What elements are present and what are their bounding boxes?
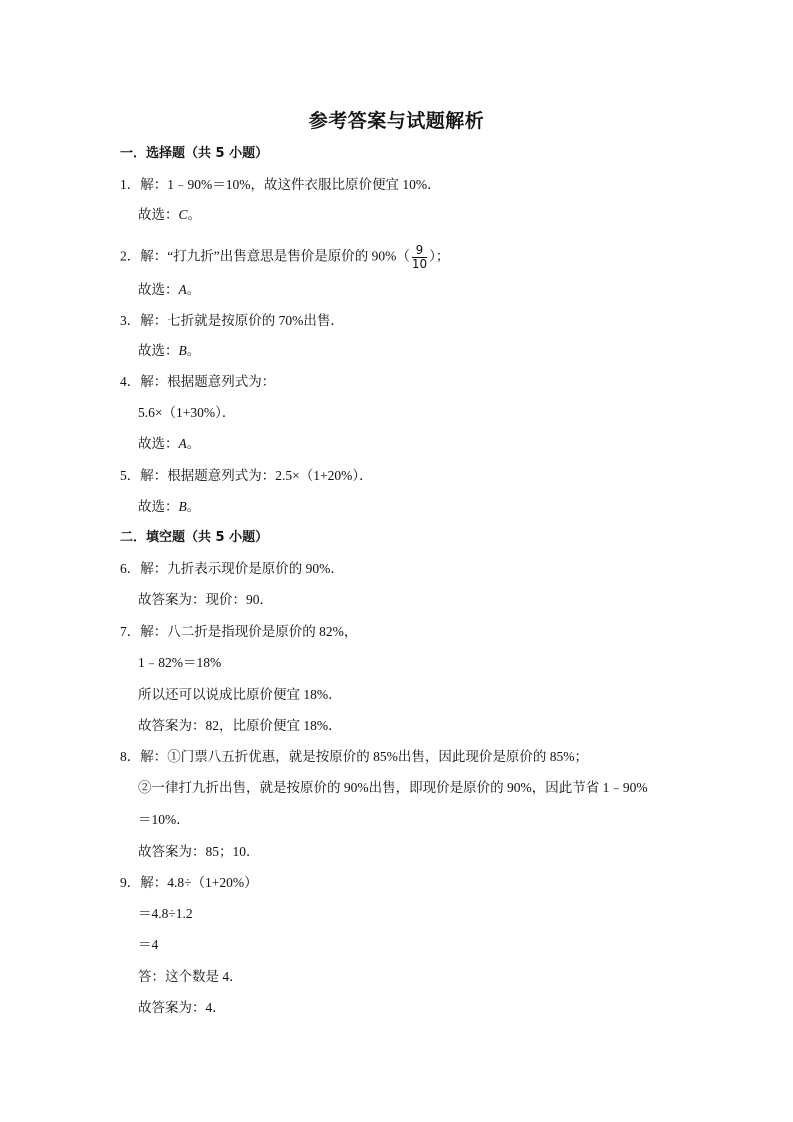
answer-2-solution: 2．解：“打九折”出售意思是售价是原价的 90%（910）； [120, 244, 449, 271]
fraction-denominator: 10 [412, 258, 427, 271]
choice-label: 故选： [138, 282, 179, 297]
answer-7-answer: 故答案为：82，比原价便宜 18%． [138, 717, 342, 735]
answer-6-answer: 故答案为：现价：90． [138, 591, 273, 609]
answer-9-step1: ＝4.8÷1.2 [138, 905, 193, 923]
choice-letter: A [179, 282, 187, 297]
answer-5-choice: 故选：B。 [138, 498, 200, 516]
answer-2-choice: 故选：A。 [138, 281, 200, 299]
section-heading-choice: 一．选择题（共 5 小题） [120, 145, 268, 163]
choice-letter: C [179, 207, 188, 222]
choice-suffix: 。 [187, 282, 201, 297]
answer-8-solution: 8．解：①门票八五折优惠，就是按原价的 85%出售，因此现价是原价的 85%； [120, 748, 588, 766]
answer-8-solution-part2: ②一律打九折出售，就是按原价的 90%出售，即现价是原价的 90%，因此节省 1… [138, 779, 648, 797]
choice-suffix: 。 [187, 499, 201, 514]
answer-8-answer: 故答案为：85；10． [138, 843, 260, 861]
answer-3-solution: 3．解：七折就是按原价的 70%出售． [120, 312, 344, 330]
choice-letter: B [179, 499, 187, 514]
answer-7-solution: 7．解：八二折是指现价是原价的 82%， [120, 623, 357, 641]
page-title: 参考答案与试题解析 [0, 106, 793, 133]
choice-label: 故选： [138, 343, 179, 358]
choice-suffix: 。 [187, 343, 201, 358]
choice-letter: A [179, 436, 187, 451]
answer-4-formula: 5.6×（1+30%）． [138, 404, 235, 422]
answer-7-explanation: 所以还可以说成比原价便宜 18%． [138, 686, 342, 704]
answer-9-solution: 9．解：4.8÷（1+20%） [120, 874, 258, 892]
answer-4-choice: 故选：A。 [138, 435, 200, 453]
answer-9-statement: 答：这个数是 4． [138, 968, 243, 986]
solution-text-end: ）； [429, 249, 449, 264]
answer-1-choice: 故选：C。 [138, 206, 201, 224]
answer-4-solution: 4．解：根据题意列式为： [120, 373, 275, 391]
choice-suffix: 。 [188, 207, 202, 222]
answer-5-solution: 5．解：根据题意列式为：2.5×（1+20%）． [120, 467, 373, 485]
section-heading-fill: 二．填空题（共 5 小题） [120, 529, 268, 547]
answer-1-solution: 1．解：1﹣90%＝10%，故这件衣服比原价便宜 10%． [120, 176, 441, 194]
answer-3-choice: 故选：B。 [138, 342, 200, 360]
choice-label: 故选： [138, 207, 179, 222]
answer-8-result: ＝10%． [138, 811, 190, 829]
fraction-numerator: 9 [412, 244, 427, 258]
answer-6-solution: 6．解：九折表示现价是原价的 90%． [120, 560, 344, 578]
answer-9-answer: 故答案为：4． [138, 999, 226, 1017]
solution-text: 2．解：“打九折”出售意思是售价是原价的 90%（ [120, 249, 410, 264]
answer-7-step: 1﹣82%＝18% [138, 654, 221, 672]
choice-label: 故选： [138, 436, 179, 451]
answer-9-step2: ＝4 [138, 936, 158, 954]
fraction: 910 [412, 244, 427, 271]
choice-label: 故选： [138, 499, 179, 514]
choice-suffix: 。 [187, 436, 201, 451]
choice-letter: B [179, 343, 187, 358]
